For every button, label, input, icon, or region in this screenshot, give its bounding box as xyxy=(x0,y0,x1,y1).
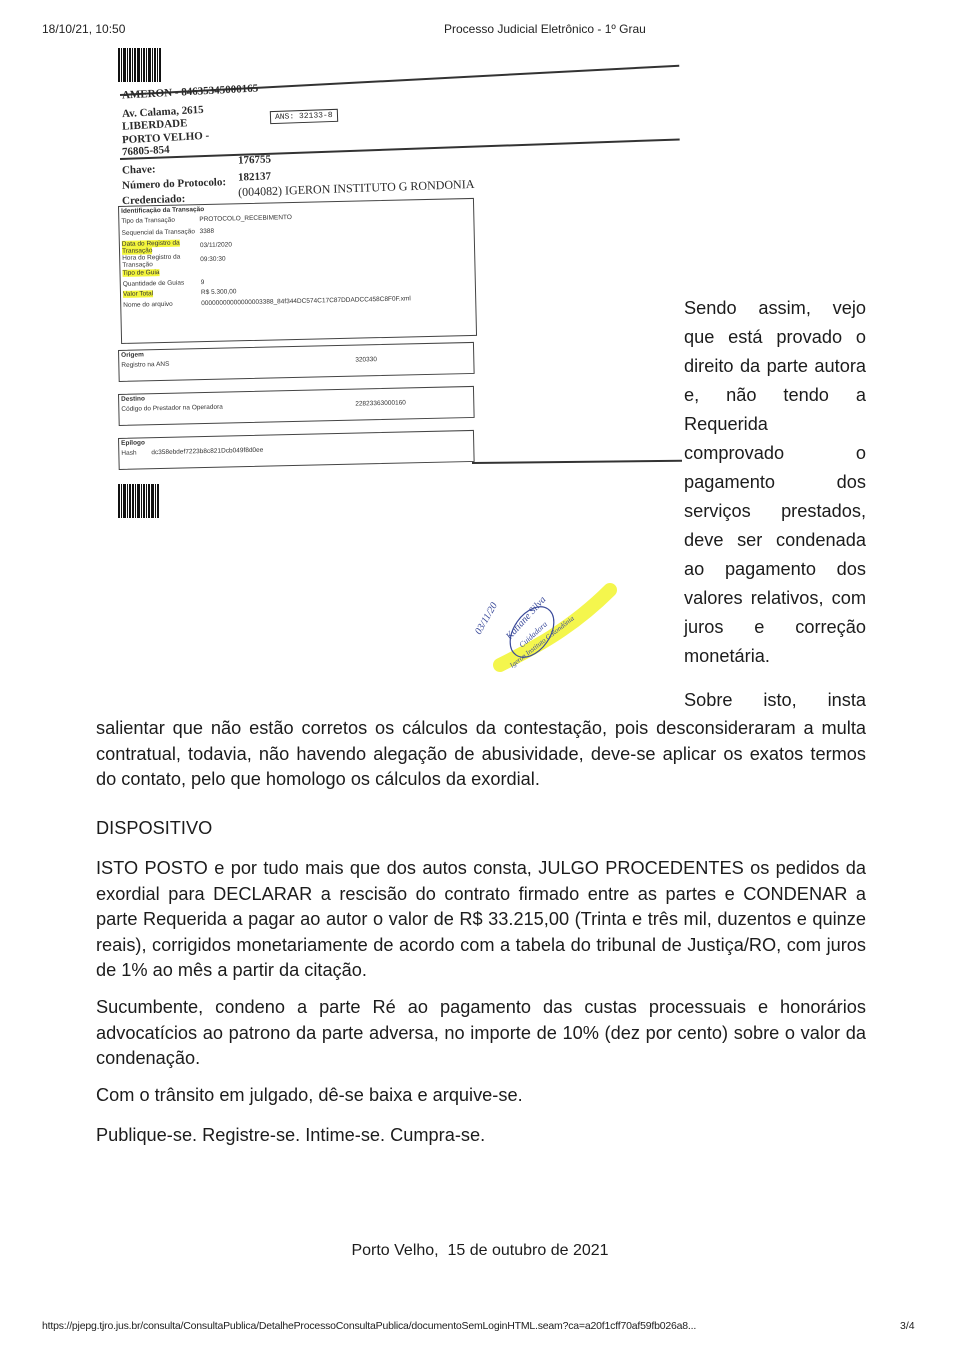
epilogo-box: Epílogo Hashdc358ebdef7223b8c821Dcb049f8… xyxy=(118,430,475,470)
paragraph-calc-lead: Sobre isto, insta xyxy=(684,686,866,715)
transaction-row-label: Nome do arquivo xyxy=(121,300,201,309)
epilogo-label: Hash xyxy=(119,449,151,457)
transaction-row-label: Valor Total xyxy=(121,289,201,298)
page-number: 3/4 xyxy=(900,1320,915,1332)
barcode-top-icon xyxy=(118,48,161,82)
paragraph-dispositivo: ISTO POSTO e por tudo mais que dos autos… xyxy=(96,856,866,984)
transaction-box: Identificação da Transação Tipo da Trans… xyxy=(118,198,477,344)
paragraph-transito: Com o trânsito em julgado, dê-se baixa e… xyxy=(96,1083,866,1109)
paragraph-conclusion-last: monetária. xyxy=(684,642,866,671)
protocolo-label: Número do Protocolo: xyxy=(122,176,226,192)
transaction-row-label: Tipo da Transação xyxy=(119,216,199,225)
print-datetime: 18/10/21, 10:50 xyxy=(42,22,125,36)
paragraph-publique: Publique-se. Registre-se. Intime-se. Cum… xyxy=(96,1123,866,1149)
paragraph-conclusion-text: Sendo assim, vejo que está provado o dir… xyxy=(684,298,866,637)
transaction-row-label: Quantidade de Guias xyxy=(121,279,201,288)
origem-label: Registro na ANS xyxy=(119,356,355,368)
transaction-row-label: Hora do Registro da Transação xyxy=(120,253,200,269)
protocolo-value: 182137 xyxy=(238,170,271,183)
origem-value: 320330 xyxy=(355,354,473,364)
chave-value: 176755 xyxy=(238,153,271,166)
signature-stamp-icon: 03/11/20 Katiane Silva Cuidadora Igeron … xyxy=(470,570,620,680)
destino-value: 22823363000160 xyxy=(355,398,473,408)
origem-box: Origem Registro na ANS320330 xyxy=(118,342,475,382)
print-page-title: Processo Judicial Eletrônico - 1º Grau xyxy=(444,22,646,36)
chave-label: Chave: xyxy=(122,163,156,176)
paragraph-conclusion: Sendo assim, vejo que está provado o dir… xyxy=(684,294,866,671)
credenciado-value: (004082) IGERON INSTITUTO G RONDONIA xyxy=(238,178,475,198)
divider-line xyxy=(472,460,682,464)
ans-badge: ANS: 32133-8 xyxy=(270,109,338,124)
paragraph-sucumbencia: Sucumbente, condeno a parte Ré ao pagame… xyxy=(96,995,866,1072)
barcode-bottom-icon xyxy=(118,484,159,518)
transaction-row-label: Sequencial da Transação xyxy=(120,228,200,237)
signature-place-date: Porto Velho, 15 de outubro de 2021 xyxy=(0,1236,960,1265)
document-url-link[interactable]: https://pjepg.tjro.jus.br/consulta/Consu… xyxy=(42,1320,696,1332)
scanned-receipt: AMERON - 84635345000165 Av. Calama, 2615… xyxy=(112,44,682,524)
destino-label: Código do Prestador na Operadora xyxy=(119,400,355,412)
paragraph-calc: salientar que não estão corretos os cálc… xyxy=(96,716,866,793)
svg-text:03/11/20: 03/11/20 xyxy=(473,601,500,637)
receipt-company: AMERON - 84635345000165 xyxy=(122,82,259,101)
section-heading-dispositivo: DISPOSITIVO xyxy=(96,816,866,842)
destino-box: Destino Código do Prestador na Operadora… xyxy=(118,386,475,426)
transaction-row-label: Tipo de Guia xyxy=(120,268,200,277)
